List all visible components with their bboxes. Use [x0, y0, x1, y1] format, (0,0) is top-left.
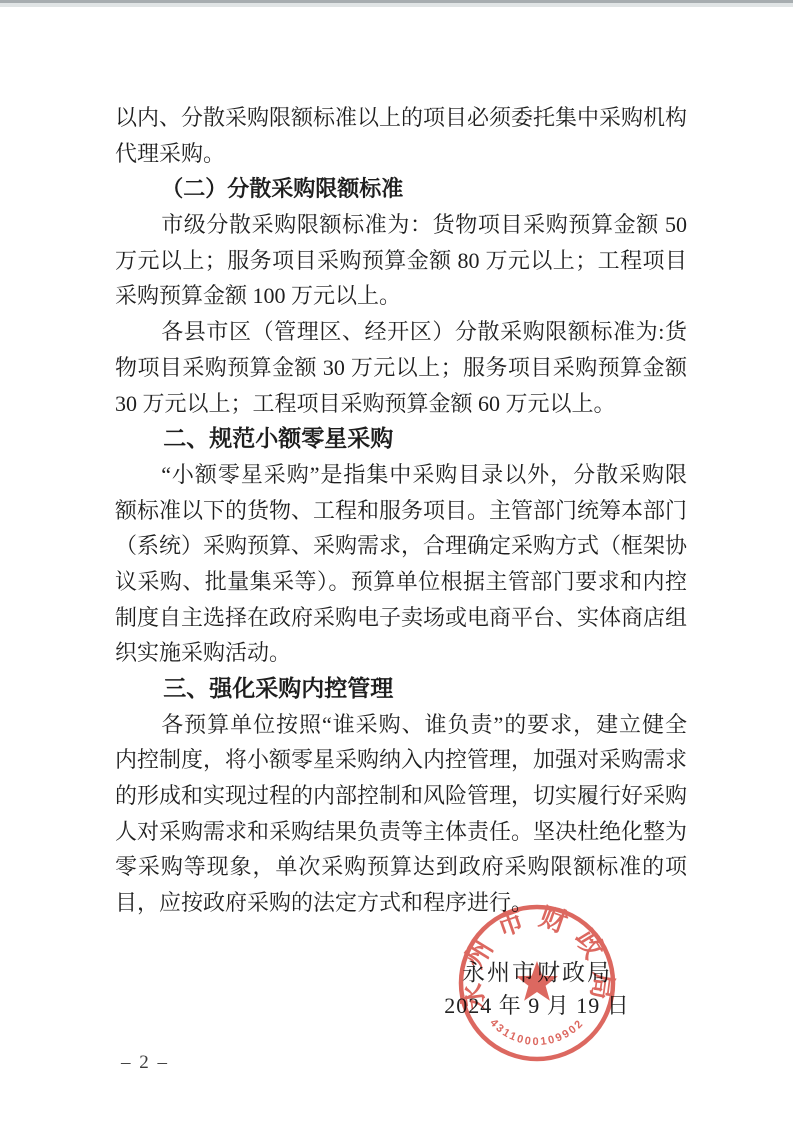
text-line: 代理采购。 [115, 136, 687, 172]
seal-serial: 4311000109902 [487, 1017, 586, 1048]
text-line: 零采购等现象，单次采购预算达到政府采购限额标准的项 [115, 849, 687, 885]
text-line: 各预算单位按照“谁采购、谁负责”的要求，建立健全 [115, 707, 687, 743]
text-line: “小额零星采购”是指集中采购目录以外，分散采购限 [115, 457, 687, 493]
svg-text:4311000109902: 4311000109902 [487, 1017, 586, 1048]
text-line: 额标准以下的货物、工程和服务项目。主管部门统筹本部门 [115, 493, 687, 529]
text-line: 市级分散采购限额标准为：货物项目采购预算金额 50 [115, 207, 687, 243]
text-line: 万元以上；服务项目采购预算金额 80 万元以上；工程项目 [115, 243, 687, 279]
document-page: 以内、分散采购限额标准以上的项目必须委托集中采购机构代理采购。（二）分散采购限额… [0, 0, 793, 1122]
text-line: 以内、分散采购限额标准以上的项目必须委托集中采购机构 [115, 100, 687, 136]
official-seal: 永州市财政局 4311000109902 [452, 898, 622, 1068]
text-line: 三、强化采购内控管理 [115, 671, 687, 707]
document-body: 以内、分散采购限额标准以上的项目必须委托集中采购机构代理采购。（二）分散采购限额… [115, 100, 687, 921]
text-line: 各县市区（管理区、经开区）分散采购限额标准为:货 [115, 314, 687, 350]
text-line: 内控制度，将小额零星采购纳入内控管理，加强对采购需求 [115, 742, 687, 778]
text-line: 30 万元以上；工程项目采购预算金额 60 万元以上。 [115, 386, 687, 422]
text-line: 议采购、批量集采等）。预算单位根据主管部门要求和内控 [115, 564, 687, 600]
text-line: 制度自主选择在政府采购电子卖场或电商平台、实体商店组 [115, 600, 687, 636]
text-line: 采购预算金额 100 万元以上。 [115, 278, 687, 314]
page-number: – 2 – [103, 1052, 187, 1074]
text-line: 人对采购需求和采购结果负责等主体责任。坚决杜绝化整为 [115, 814, 687, 850]
scan-edge-light [0, 3, 793, 7]
text-line: 织实施采购活动。 [115, 635, 687, 671]
text-line: （系统）采购预算、采购需求，合理确定采购方式（框架协 [115, 528, 687, 564]
text-line: 的形成和实现过程的内部控制和风险管理，切实履行好采购 [115, 778, 687, 814]
text-line: 二、规范小额零星采购 [115, 421, 687, 457]
seal-star-icon [516, 961, 558, 1001]
text-line: （二）分散采购限额标准 [115, 171, 687, 207]
svg-text:永州市财政局: 永州市财政局 [455, 901, 619, 1012]
text-line: 物项目采购预算金额 30 万元以上；服务项目采购预算金额 [115, 350, 687, 386]
seal-arc-text: 永州市财政局 [455, 901, 619, 1012]
